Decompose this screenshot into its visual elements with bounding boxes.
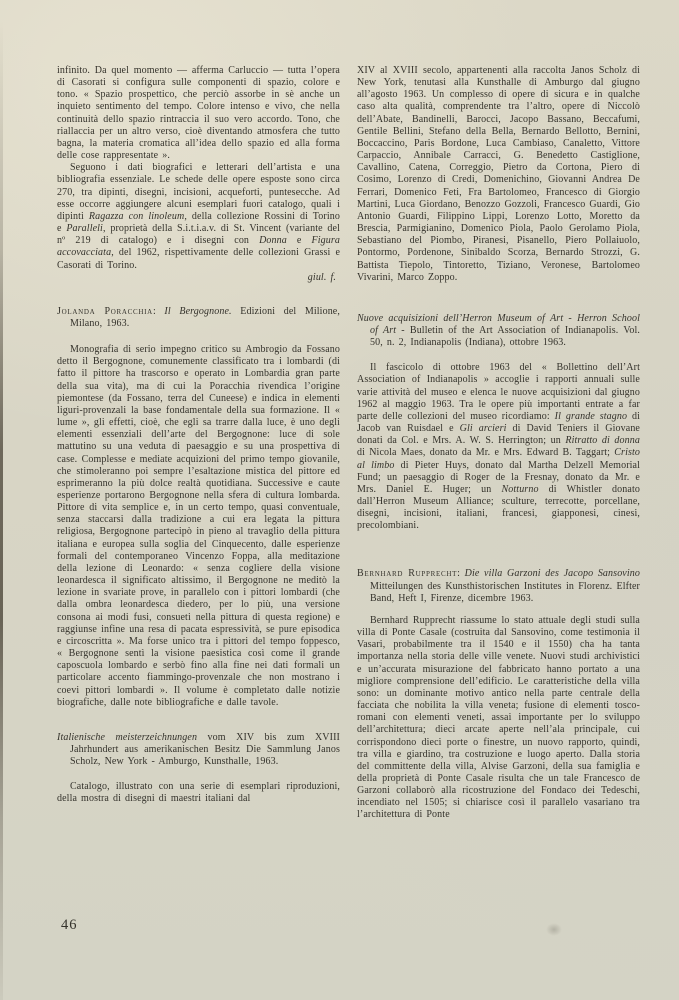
text-run: Bernhard Rupprecht — [357, 568, 457, 579]
paragraph-scholz-continuation: XIV al XVIII secolo, appartenenti alla r… — [357, 65, 640, 284]
heading-rupprecht-villa-garzoni: Bernhard Rupprecht: Die villa Garzoni de… — [357, 568, 640, 604]
text-run: Jolanda Poracchia — [57, 306, 153, 317]
heading-italienische-meisterzeichnungen: Italienische meisterzeichnungen vom XIV … — [57, 732, 340, 768]
text-run: - Bulletin of the Art Association of Ind… — [370, 325, 640, 348]
text-run: Ritratto di donna — [565, 435, 640, 446]
scanned-journal-page: infinito. Da quel momento — afferma Carl… — [0, 0, 679, 1000]
page-number: 46 — [61, 917, 78, 934]
text-run: Donna — [259, 235, 287, 246]
text-run: : — [457, 568, 465, 579]
text-run: : — [153, 306, 164, 317]
text-run: Mitteilungen des Kunsthistorischen Insti… — [370, 581, 640, 604]
page-edge-shadow — [0, 0, 3, 1000]
text-run: Italienische meisterzeichnungen — [57, 732, 197, 743]
text-run: e — [287, 235, 312, 246]
paper-smudge — [546, 923, 562, 936]
paragraph-casorati-exhibition: Seguono i dati biografici e letterari de… — [57, 162, 340, 271]
text-run: Ragazza con linoleum — [89, 211, 184, 222]
heading-poracchia-bergognone: Jolanda Poracchia: Il Bergognone. Edizio… — [57, 306, 340, 330]
paragraph-casorati-continuation: infinito. Da quel momento — afferma Carl… — [57, 65, 340, 162]
text-run: Catalogo, illustrato con una serie di es… — [57, 781, 340, 804]
text-run: di Nicola Maes, donato da Mr. e Mrs. Edw… — [357, 447, 614, 458]
text-run: Il Bergognone. — [164, 306, 231, 317]
heading-herron-museum: Nuove acquisizioni dell’Herron Museum of… — [357, 313, 640, 349]
text-run: infinito. Da quel momento — afferma Carl… — [57, 65, 340, 161]
paragraph-catalogo-intro: Catalogo, illustrato con una serie di es… — [57, 781, 340, 805]
paragraph-herron-review: Il fascicolo di ottobre 1963 del « Bolle… — [357, 362, 640, 532]
text-run: XIV al XVIII secolo, appartenenti alla r… — [357, 65, 640, 283]
review-signature: giul. f. — [57, 272, 340, 284]
text-run: giul. f. — [308, 272, 336, 283]
text-run: Bernhard Rupprecht riassume lo stato att… — [357, 615, 640, 821]
paragraph-rupprecht-review: Bernhard Rupprecht riassume lo stato att… — [357, 615, 640, 822]
text-run: Gli arcieri — [460, 423, 507, 434]
text-run: Paralleli — [66, 223, 103, 234]
text-run: Die villa Garzoni des Jacopo Sansovino — [465, 568, 640, 579]
text-run: Il grande stagno — [555, 411, 628, 422]
paragraph-bergognone-review: Monografia di serio impegno critico su A… — [57, 344, 340, 709]
text-run: Monografia di serio impegno critico su A… — [57, 344, 340, 708]
text-run: Notturno — [501, 484, 538, 495]
left-column: infinito. Da quel momento — afferma Carl… — [57, 65, 340, 806]
right-column: XIV al XVIII secolo, appartenenti alla r… — [357, 65, 640, 822]
